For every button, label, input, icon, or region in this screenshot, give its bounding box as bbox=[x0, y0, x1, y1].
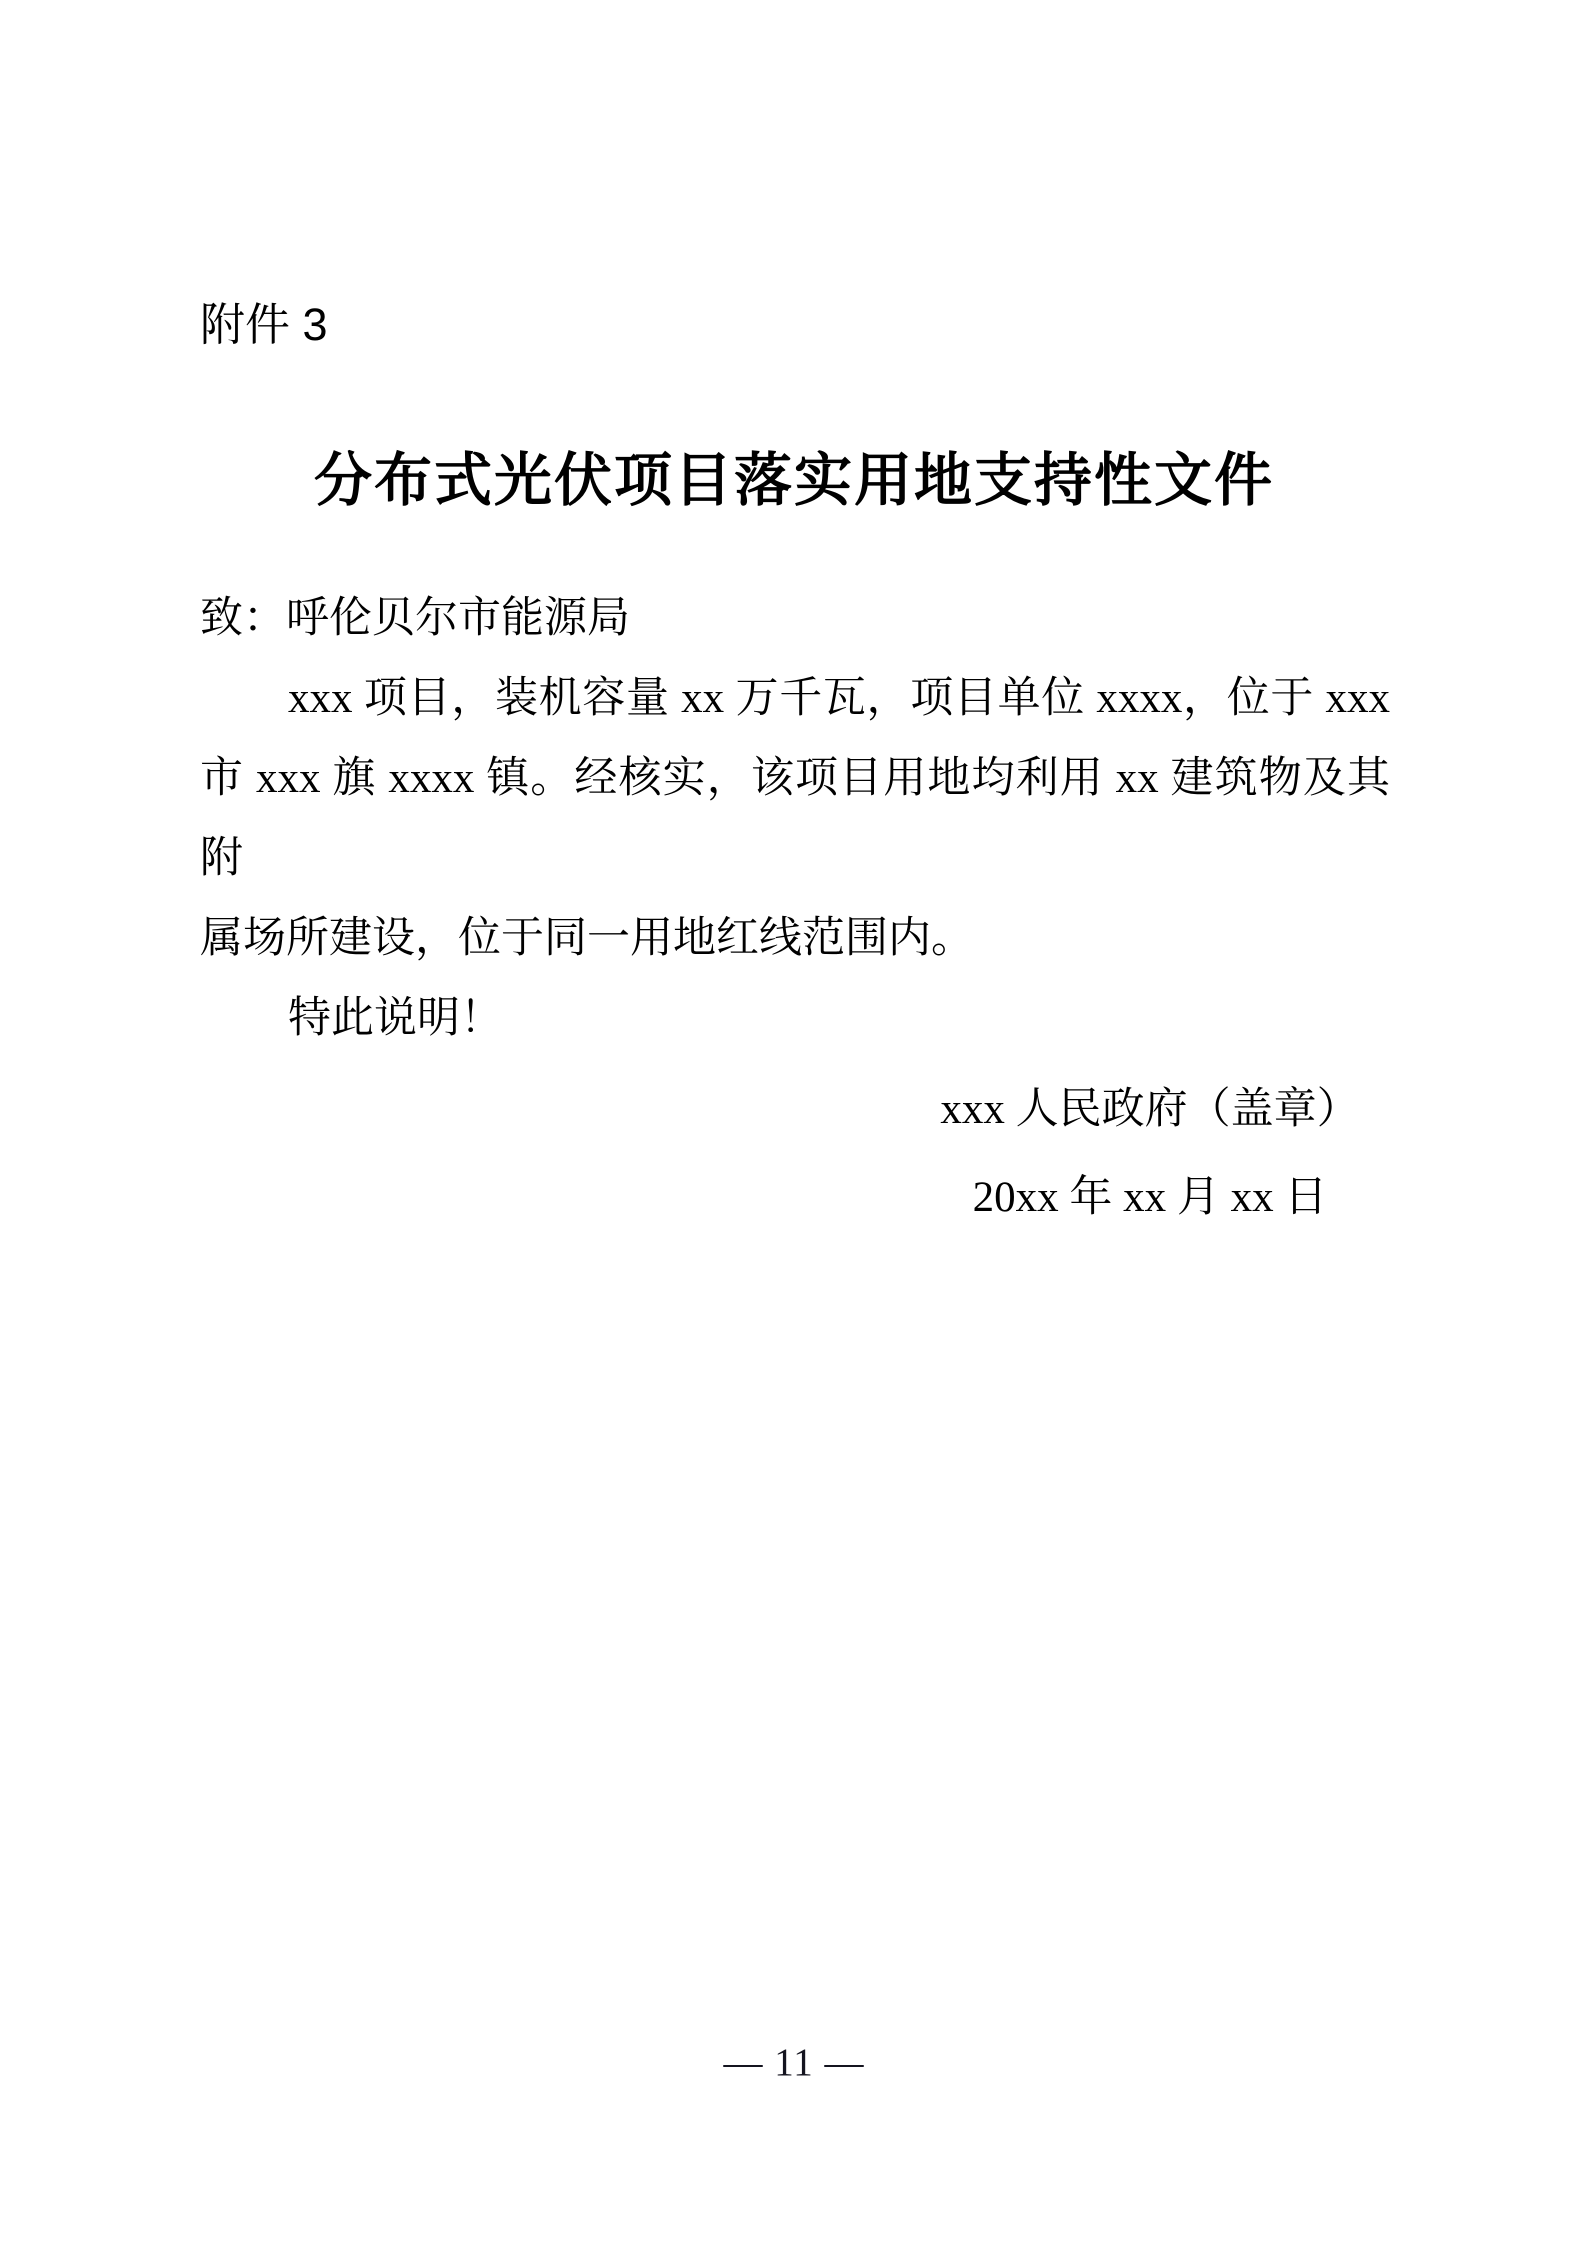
signature-line: xxx 人民政府（盖章） bbox=[930, 1066, 1370, 1154]
salutation-line: 致：呼伦贝尔市能源局 bbox=[200, 579, 1390, 659]
date-line: 20xx 年 xx 月 xx 日 bbox=[930, 1154, 1370, 1242]
signature-block: xxx 人民政府（盖章） 20xx 年 xx 月 xx 日 bbox=[930, 1066, 1370, 1242]
paragraph-line: xxx 项目，装机容量 xx 万千瓦，项目单位 xxxx，位于 xxx bbox=[200, 659, 1390, 739]
document-body: 致：呼伦贝尔市能源局 xxx 项目，装机容量 xx 万千瓦，项目单位 xxxx，… bbox=[200, 579, 1390, 1059]
document-title: 分布式光伏项目落实用地支持性文件 bbox=[0, 448, 1588, 515]
paragraph-line: 属场所建设，位于同一用地红线范围内。 bbox=[200, 899, 1390, 979]
paragraph-line: 市 xxx 旗 xxxx 镇。经核实，该项目用地均利用 xx 建筑物及其附 bbox=[200, 739, 1390, 899]
page-number: — 11 — bbox=[0, 2040, 1588, 2087]
document-page: 附件 3 分布式光伏项目落实用地支持性文件 致：呼伦贝尔市能源局 xxx 项目，… bbox=[0, 0, 1588, 2245]
closing-line: 特此说明！ bbox=[200, 979, 1390, 1059]
attachment-label: 附件 3 bbox=[200, 300, 328, 350]
